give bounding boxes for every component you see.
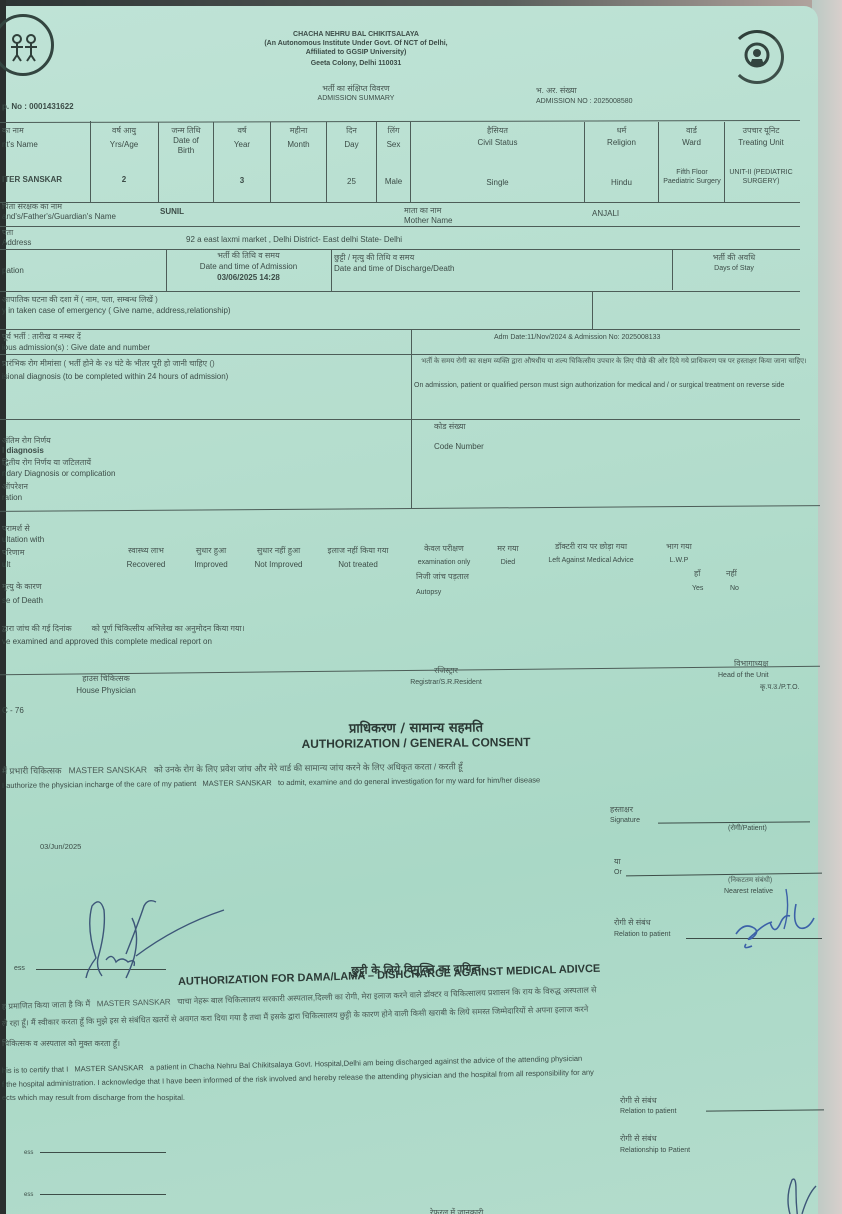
col-day: दिनDay: [327, 126, 376, 150]
accreditation-seal-icon: [730, 30, 784, 84]
col-hi: लिंग: [377, 126, 410, 136]
operation-label: ration: [2, 493, 22, 503]
days-label-hi: भर्ती की अवधि: [674, 253, 794, 263]
relation-label: Relation to patient: [614, 930, 670, 940]
emergency-label-hi: आपातिक घटना की दशा में ( नाम, पता, सम्बन…: [2, 295, 158, 305]
option-died[interactable]: मर गयाDied: [493, 544, 523, 568]
admit-label-hi: भर्ती की तिथि व समय: [166, 251, 331, 261]
option-hi: सुधार हुआ: [181, 546, 241, 556]
col-year: वर्षYear: [214, 126, 270, 150]
consent-date: 03/Jun/2025: [40, 842, 81, 852]
col-ward: वार्डWard: [659, 126, 724, 148]
col-en: Month: [271, 140, 326, 150]
patient-treating-unit: UNIT-II (PEDIATRIC SURGERY): [727, 168, 795, 186]
previous-admission-value: Adm Date:11/Nov/2024 & Admission No: 202…: [494, 333, 660, 343]
col-civil-status: हैसियतCivil Status: [411, 126, 584, 148]
dama-witness-2-line[interactable]: [40, 1194, 166, 1195]
col-age: वर्ष आयुYrs/Age: [92, 126, 156, 150]
option-recovered[interactable]: स्वास्थ्य लाभRecovered: [116, 546, 176, 570]
col-hi: का नाम: [2, 126, 38, 136]
emergency-label: y in taken case of emergency ( Give name…: [2, 306, 231, 316]
consent-note: On admission, patient or qualified perso…: [414, 381, 814, 391]
result-label: ult: [2, 560, 10, 570]
occupation-label: pation: [2, 266, 24, 276]
col-en: Sex: [377, 140, 410, 150]
consent-title: AUTHORIZATION / GENERAL CONSENT: [246, 735, 586, 752]
dama-witness-1-label: ess: [24, 1148, 33, 1158]
option-not-improved[interactable]: सुधार नहीं हुआNot Improved: [246, 546, 311, 570]
col-hi: जन्म तिथि: [159, 126, 213, 136]
option-hi: स्वास्थ्य लाभ: [116, 546, 176, 556]
dama-relation-label: Relation to patient: [620, 1107, 676, 1117]
option-hi: डॉक्टरी राय पर छोड़ा गया: [536, 542, 646, 552]
hospital-affiliation: Affiliated to GGSIP University): [236, 48, 476, 58]
col-en: Ward: [659, 138, 724, 148]
mother-label: Mother Name: [404, 216, 452, 226]
col-hi: वर्ष आयु: [92, 126, 156, 136]
discharge-label-hi: छुट्टी / मृत्यु की तिथि व समय: [334, 253, 414, 263]
col-patient-name: का नामnt's Name: [2, 126, 38, 150]
col-month: महीनाMonth: [271, 126, 326, 150]
secondary-diagnosis-hi: द्वितीय रोग निर्णय या जटिलतायें: [2, 458, 91, 468]
dama-witness-1-line[interactable]: [40, 1152, 166, 1153]
or-hi: या: [614, 857, 621, 867]
address-label: Address: [2, 238, 31, 248]
admission-summary-form: CHACHA NEHRU BAL CHIKITSALAYA (An Autono…: [6, 6, 818, 1214]
option-en: Not treated: [318, 560, 398, 570]
head-unit-label: Head of the Unit: [718, 671, 769, 681]
address-label-hi: पता: [2, 228, 13, 238]
relation-hi: रोगी से संबंध: [614, 918, 651, 928]
no-hi: नहीं: [726, 569, 737, 579]
consultation-label: ultation with: [2, 535, 44, 545]
option-lama[interactable]: डॉक्टरी राय पर छोड़ा गयाLeft Against Med…: [536, 542, 646, 566]
dama-relation-line[interactable]: [706, 1109, 824, 1111]
col-en: Yrs/Age: [92, 140, 156, 150]
days-label: Days of Stay: [674, 264, 794, 274]
option-en: Improved: [181, 560, 241, 570]
address-value: 92 a east laxmi market , Delhi District-…: [186, 235, 402, 245]
code-number-label: Code Number: [434, 442, 484, 452]
code-number-hi: कोड संख्या: [434, 422, 466, 432]
result-hi: परिणाम: [2, 548, 25, 558]
witness-label: ess: [14, 964, 25, 974]
col-en: nt's Name: [2, 140, 38, 150]
dama-relation-hi: रोगी से संबंध: [620, 1096, 657, 1106]
col-hi: उपचार यूनिट: [725, 126, 797, 136]
col-hi: महीना: [271, 126, 326, 136]
option-en: Left Against Medical Advice: [536, 556, 646, 566]
yes-hi: हाँ: [694, 569, 700, 579]
col-dob: जन्म तिथिDate of Birth: [159, 126, 213, 156]
guardian-label-hi: पिता संरक्षक का नाम: [2, 202, 62, 212]
final-diagnosis-label: l diagnosis: [2, 446, 44, 456]
bottom-signature: [780, 1174, 820, 1214]
patient-sex: Male: [377, 177, 410, 187]
nearest-relative-line[interactable]: [626, 873, 822, 877]
col-en: Year: [214, 140, 270, 150]
mother-name: ANJALI: [592, 209, 619, 219]
reg-no-label: p. No :: [2, 102, 27, 111]
footer-hi: रेफरल में जानकारी: [430, 1208, 483, 1214]
hospital-address: Geeta Colony, Delhi 110031: [236, 59, 476, 69]
option-hi: मर गया: [493, 544, 523, 554]
autopsy-no[interactable]: No: [730, 584, 739, 594]
hospital-children-logo-icon: [0, 14, 54, 76]
pto-label: कृ.प.उ./P.T.O.: [760, 683, 800, 693]
signature-label: Signature: [610, 816, 640, 826]
autopsy-label: Autopsy: [416, 588, 441, 598]
provisional-label: isional diagnosis (to be completed withi…: [2, 372, 228, 382]
guardian-name: SUNIL: [160, 207, 184, 217]
consent-note-hi: भर्ती के समय रोगी का सक्षम व्यक्ति द्वार…: [414, 357, 814, 367]
guardian-label: and's/Father's/Guardian's Name: [2, 212, 116, 222]
consent-text-hi: मैं प्रभारी चिकित्सक MASTER SANSKAR को उ…: [2, 761, 463, 776]
reg-no-value: 0001431622: [29, 102, 74, 111]
option-examination-only[interactable]: केवल परीक्षणexamination only: [404, 544, 484, 568]
approval-text: ve examined and approved this complete m…: [2, 637, 212, 647]
option-improved[interactable]: सुधार हुआImproved: [181, 546, 241, 570]
col-religion: धर्मReligion: [585, 126, 658, 148]
autopsy-hi: निजी जांच पड़ताल: [416, 572, 469, 582]
mother-label-hi: माता का नाम: [404, 206, 441, 216]
previous-label-hi: पूर्व भर्ती : तारीख व नम्बर दें: [2, 332, 81, 342]
final-diagnosis-hi: अंतिम रोग निर्णय: [2, 436, 51, 446]
option-hi: इलाज नहीं किया गया: [318, 546, 398, 556]
dama-relationship-label: Relationship to Patient: [620, 1146, 690, 1156]
option-hi: सुधार नहीं हुआ: [246, 546, 311, 556]
option-en: L.W.P: [664, 556, 694, 566]
option-en: Died: [493, 558, 523, 568]
dama-text-3: ects which may result from discharge fro…: [2, 1093, 185, 1103]
option-not-treated[interactable]: इलाज नहीं किया गयाNot treated: [318, 546, 398, 570]
registration-number: p. No : 0001431622: [2, 102, 74, 112]
col-en: Religion: [585, 138, 658, 148]
col-hi: धर्म: [585, 126, 658, 136]
form-code: C - 76: [2, 706, 24, 716]
option-lwp[interactable]: भाग गयाL.W.P: [664, 542, 694, 566]
dama-relationship-hi: रोगी से संबंध: [620, 1134, 657, 1144]
or-label: Or: [614, 868, 622, 878]
registrar-hi: रजिस्ट्रार: [386, 666, 506, 676]
signature-hi: हस्ताक्षर: [610, 805, 633, 815]
patient-label: (रोगी/Patient): [728, 824, 767, 834]
previous-label: ious admission(s) : Give date and number: [2, 343, 150, 353]
patient-religion: Hindu: [585, 178, 658, 188]
option-hi: भाग गया: [664, 542, 694, 552]
title-hindi: भर्ती का संक्षिप्त विवरण: [276, 84, 436, 94]
admission-no-value: 2025008580: [594, 98, 633, 105]
patient-day: 25: [327, 177, 376, 187]
col-hi: हैसियत: [411, 126, 584, 136]
option-en: examination only: [404, 558, 484, 568]
dama-text-hi-3: चिकित्सक व अस्पताल को मुक्त करता हूँ।: [2, 1039, 120, 1049]
provisional-label-hi: प्रारंभिक रोग मीमांसा ( भर्ती होने के २४…: [2, 359, 215, 369]
option-en: Recovered: [116, 560, 176, 570]
col-sex: लिंगSex: [377, 126, 410, 150]
col-hi: वार्ड: [659, 126, 724, 136]
house-physician-hi: हाउस चिकित्सक: [46, 674, 166, 684]
admission-no-label: ADMISSION NO :: [536, 98, 592, 105]
col-hi: दिन: [327, 126, 376, 136]
house-physician-label: House Physician: [46, 686, 166, 696]
admit-datetime: 03/06/2025 14:28: [166, 273, 331, 283]
admission-no-hindi: भ. अर. संख्या: [536, 86, 577, 96]
col-en: Day: [327, 140, 376, 150]
col-en: Date of Birth: [166, 136, 206, 156]
admit-label: Date and time of Admission: [166, 262, 331, 272]
operation-hi: ऑपरेशन: [2, 482, 28, 492]
patient-civil-status: Single: [411, 178, 584, 188]
patient-year: 3: [214, 176, 270, 186]
patient-age: 2: [92, 175, 156, 185]
consent-text: I authorize the physician incharge of th…: [2, 775, 540, 791]
col-en: Treating Unit: [725, 138, 797, 148]
approval-text-hi: द्वारा जांच की गई दिनांक को पूर्ण चिकित्…: [2, 624, 245, 634]
death-cause-hi: मृत्यु के कारण: [2, 582, 42, 592]
secondary-diagnosis-label: ndary Diagnosis or complication: [2, 469, 115, 479]
consultation-hi: परामर्श से: [2, 524, 30, 534]
discharge-label: Date and time of Discharge/Death: [334, 264, 455, 274]
col-hi: वर्ष: [214, 126, 270, 136]
page-title: ADMISSION SUMMARY: [276, 94, 436, 104]
autopsy-yes[interactable]: Yes: [692, 584, 703, 594]
death-cause-label: se of Death: [2, 596, 43, 606]
col-treating-unit: उपचार यूनिटTreating Unit: [725, 126, 797, 148]
head-unit-hi: विभागाध्यक्ष: [734, 659, 768, 669]
dama-witness-2-label: ess: [24, 1190, 33, 1200]
option-hi: केवल परीक्षण: [404, 544, 484, 554]
relative-signature: [726, 884, 826, 954]
col-en: Civil Status: [411, 138, 584, 148]
option-en: Not Improved: [246, 560, 311, 570]
registrar-label: Registrar/S.R.Resident: [386, 678, 506, 688]
patient-name: ITER SANSKAR: [2, 175, 62, 185]
admission-no-field: ADMISSION NO : 2025008580: [536, 97, 633, 107]
patient-ward: Fifth Floor Paediatric Surgery: [661, 168, 723, 186]
